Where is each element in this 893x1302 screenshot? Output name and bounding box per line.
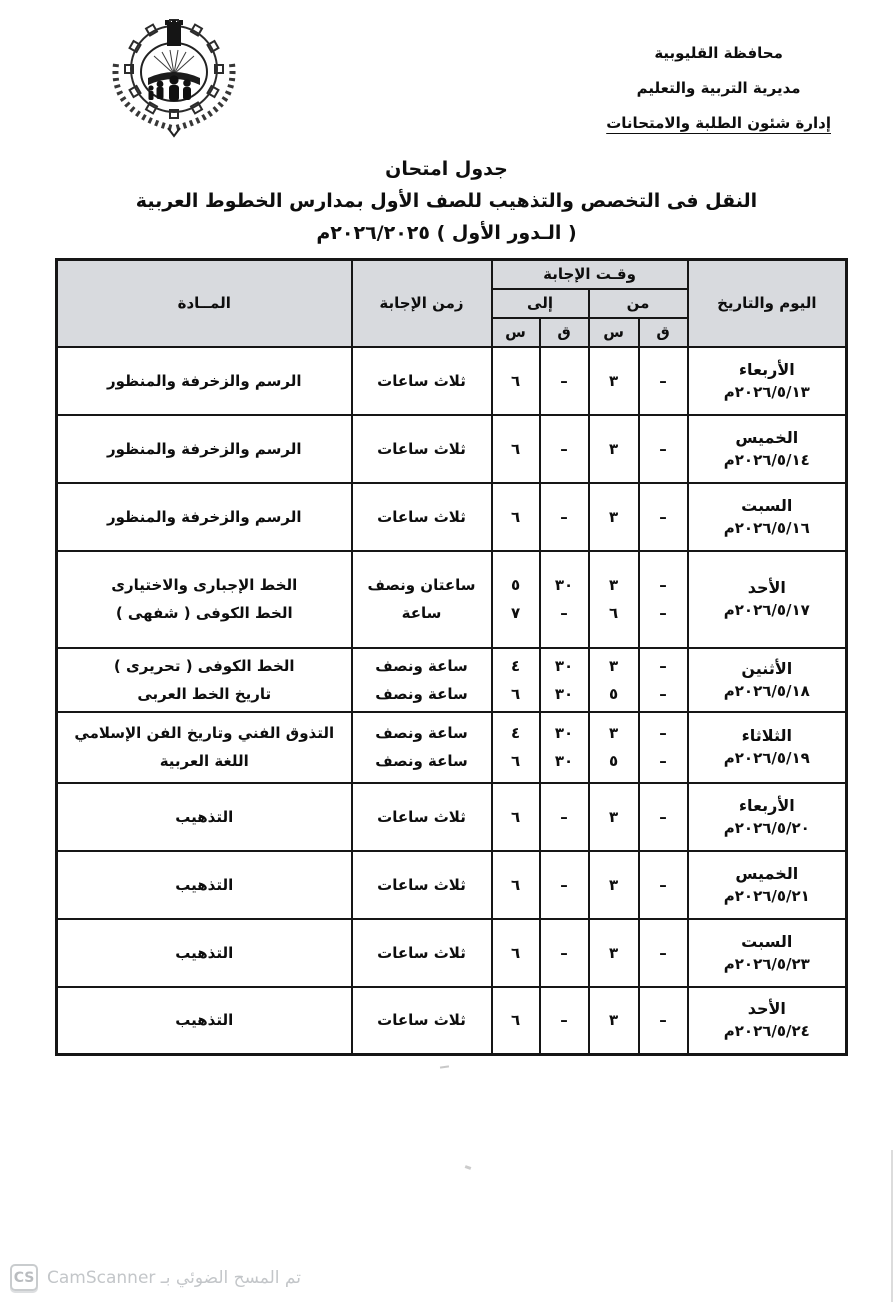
subject-values: التذهيب xyxy=(64,1006,345,1034)
time-value: ٧ xyxy=(493,599,539,627)
day-name: الأحد xyxy=(689,577,846,599)
time-from-s-cell: ٣ xyxy=(589,415,639,483)
table-row: الخميس٢٠٢٦/٥/١٤م–٣–٦ثلاث ساعاتالرسم والز… xyxy=(57,415,847,483)
subject-values: الرسم والزخرفة والمنظور xyxy=(64,367,345,395)
table-row: السبت٢٠٢٦/٥/٢٣م–٣–٦ثلاث ساعاتالتذهيب xyxy=(57,919,847,987)
time-to-q-cell: – xyxy=(540,415,589,483)
time-values: ٣٥ xyxy=(590,652,638,708)
exam-schedule-table: اليوم والتاريخ وقـت الإجابة زمن الإجابة … xyxy=(55,258,848,1056)
subject-values: التذهيب xyxy=(64,803,345,831)
subject-value: التذهيب xyxy=(64,1006,345,1034)
time-value: ٣٠ xyxy=(541,747,588,775)
time-values: ٣٠٣٠ xyxy=(541,652,588,708)
time-values: – xyxy=(640,503,687,531)
duration-cell: ثلاث ساعات xyxy=(352,987,492,1055)
time-value: ٦ xyxy=(493,503,539,531)
administration-name: إدارة شئون الطلبة والامتحانات xyxy=(606,106,831,141)
scanned-document-page: محافظة القليوبية مديرية التربية والتعليم… xyxy=(0,0,893,1302)
time-value: ٣ xyxy=(590,503,638,531)
duration-cell: ساعتان ونصفساعة xyxy=(352,551,492,648)
time-values: ٤٦ xyxy=(493,652,539,708)
time-from-s-cell: ٣ xyxy=(589,783,639,851)
day-date-cell: الخميس٢٠٢٦/٥/٢١م xyxy=(688,851,847,919)
header-to-hours: س xyxy=(492,318,540,347)
subject-values: الخط الإجبارى والاختيارىالخط الكوفى ( شف… xyxy=(64,571,345,627)
time-values: ٦ xyxy=(493,435,539,463)
time-to-s-cell: ٦ xyxy=(492,483,540,551)
duration-value: ثلاث ساعات xyxy=(353,367,491,395)
time-value: – xyxy=(640,747,687,775)
header-from: من xyxy=(589,289,688,318)
directorate-name: مديرية التربية والتعليم xyxy=(606,71,831,106)
duration-values: ساعة ونصفساعة ونصف xyxy=(353,719,491,775)
time-value: ٦ xyxy=(493,871,539,899)
time-value: – xyxy=(541,503,588,531)
time-value: – xyxy=(640,680,687,708)
subject-cell: الرسم والزخرفة والمنظور xyxy=(57,415,352,483)
duration-cell: ثلاث ساعات xyxy=(352,783,492,851)
table-row: الأربعاء٢٠٢٦/٥/١٣م–٣–٦ثلاث ساعاتالرسم وا… xyxy=(57,347,847,415)
subject-value: تاريخ الخط العربى xyxy=(64,680,345,708)
time-value: – xyxy=(640,571,687,599)
time-value: ٣٠ xyxy=(541,652,588,680)
time-to-s-cell: ٦ xyxy=(492,347,540,415)
subject-value: الخط الإجبارى والاختيارى xyxy=(64,571,345,599)
time-values: ٣٥ xyxy=(590,719,638,775)
table-row: الأثنين٢٠٢٦/٥/١٨م––٣٥٣٠٣٠٤٦ساعة ونصفساعة… xyxy=(57,648,847,712)
day-name: الأثنين xyxy=(689,658,846,680)
title-line-3: ( الـدور الأول ) ٢٠٢٦/٢٠٢٥م xyxy=(0,217,893,249)
time-to-q-cell: – xyxy=(540,851,589,919)
subject-values: الرسم والزخرفة والمنظور xyxy=(64,435,345,463)
date-value: ٢٠٢٦/٥/١٨م xyxy=(689,680,846,702)
watermark-text: تم المسح الضوئي بـ CamScanner xyxy=(47,1268,301,1288)
date-value: ٢٠٢٦/٥/٢١م xyxy=(689,885,846,907)
time-value: ٣ xyxy=(590,652,638,680)
duration-value: ساعة ونصف xyxy=(353,747,491,775)
time-to-q-cell: ٣٠– xyxy=(540,551,589,648)
day-name: الثلاثاء xyxy=(689,725,846,747)
duration-value: ساعة ونصف xyxy=(353,719,491,747)
time-value: ٦ xyxy=(493,803,539,831)
time-value: – xyxy=(541,435,588,463)
subject-cell: الخط الكوفى ( تحريرى )تاريخ الخط العربى xyxy=(57,648,352,712)
day-name: الأحد xyxy=(689,998,846,1020)
time-from-s-cell: ٣ xyxy=(589,987,639,1055)
day-date-cell: الأثنين٢٠٢٦/٥/١٨م xyxy=(688,648,847,712)
table-row: الأحد٢٠٢٦/٥/٢٤م–٣–٦ثلاث ساعاتالتذهيب xyxy=(57,987,847,1055)
duration-value: ثلاث ساعات xyxy=(353,503,491,531)
time-value: ٦ xyxy=(493,367,539,395)
subject-value: الخط الكوفى ( تحريرى ) xyxy=(64,652,345,680)
subject-value: الرسم والزخرفة والمنظور xyxy=(64,503,345,531)
date-value: ٢٠٢٦/٥/١٤م xyxy=(689,449,846,471)
time-to-s-cell: ٥٧ xyxy=(492,551,540,648)
time-values: ٣٠– xyxy=(541,571,588,627)
time-from-s-cell: ٣٦ xyxy=(589,551,639,648)
time-values: – xyxy=(541,367,588,395)
time-value: – xyxy=(640,599,687,627)
time-values: –– xyxy=(640,652,687,708)
time-values: ٣ xyxy=(590,871,638,899)
day-date-cell: السبت٢٠٢٦/٥/١٦م xyxy=(688,483,847,551)
day-date-cell: الأحد٢٠٢٦/٥/٢٤م xyxy=(688,987,847,1055)
time-value: ٤ xyxy=(493,719,539,747)
day-name: السبت xyxy=(689,931,846,953)
time-from-q-cell: – xyxy=(639,919,688,987)
date-value: ٢٠٢٦/٥/١٣م xyxy=(689,381,846,403)
time-value: – xyxy=(640,803,687,831)
time-values: ٣ xyxy=(590,503,638,531)
subject-value: التذهيب xyxy=(64,871,345,899)
time-from-s-cell: ٣٥ xyxy=(589,648,639,712)
duration-values: ساعة ونصفساعة ونصف xyxy=(353,652,491,708)
time-value: ٣ xyxy=(590,1006,638,1034)
time-value: – xyxy=(541,871,588,899)
table-row: الثلاثاء٢٠٢٦/٥/١٩م––٣٥٣٠٣٠٤٦ساعة ونصفساع… xyxy=(57,712,847,783)
duration-values: ثلاث ساعات xyxy=(353,803,491,831)
time-value: – xyxy=(541,939,588,967)
time-from-q-cell: –– xyxy=(639,648,688,712)
education-directorate-emblem-icon xyxy=(88,12,260,144)
time-values: – xyxy=(640,939,687,967)
duration-cell: ثلاث ساعات xyxy=(352,415,492,483)
tower-icon xyxy=(165,20,183,46)
subject-cell: التذهيب xyxy=(57,987,352,1055)
time-from-q-cell: – xyxy=(639,347,688,415)
duration-values: ثلاث ساعات xyxy=(353,1006,491,1034)
time-value: ٣ xyxy=(590,871,638,899)
time-values: –– xyxy=(640,571,687,627)
subject-values: الرسم والزخرفة والمنظور xyxy=(64,503,345,531)
time-value: – xyxy=(640,719,687,747)
time-value: ٥ xyxy=(493,571,539,599)
time-value: ٦ xyxy=(493,939,539,967)
time-value: ٤ xyxy=(493,652,539,680)
date-value: ٢٠٢٦/٥/٢٠م xyxy=(689,817,846,839)
duration-cell: ثلاث ساعات xyxy=(352,347,492,415)
day-date-cell: الأحد٢٠٢٦/٥/١٧م xyxy=(688,551,847,648)
time-to-s-cell: ٦ xyxy=(492,415,540,483)
time-value: – xyxy=(640,652,687,680)
time-values: – xyxy=(541,503,588,531)
time-value: ٥ xyxy=(590,747,638,775)
time-value: ٥ xyxy=(590,680,638,708)
time-value: ٦ xyxy=(493,1006,539,1034)
title-line-1: جدول امتحان xyxy=(0,153,893,185)
time-to-s-cell: ٤٦ xyxy=(492,648,540,712)
time-from-q-cell: – xyxy=(639,483,688,551)
duration-value: ثلاث ساعات xyxy=(353,871,491,899)
subject-value: اللغة العربية xyxy=(64,747,345,775)
subject-cell: التذهيب xyxy=(57,851,352,919)
header-from-minutes: ق xyxy=(639,318,688,347)
time-to-s-cell: ٦ xyxy=(492,987,540,1055)
time-from-q-cell: –– xyxy=(639,551,688,648)
subject-cell: التذهيب xyxy=(57,783,352,851)
table-row: الخميس٢٠٢٦/٥/٢١م–٣–٦ثلاث ساعاتالتذهيب xyxy=(57,851,847,919)
time-values: – xyxy=(541,1006,588,1034)
time-from-q-cell: – xyxy=(639,783,688,851)
camscanner-watermark: CS تم المسح الضوئي بـ CamScanner xyxy=(10,1264,301,1291)
date-value: ٢٠٢٦/٥/٢٤م xyxy=(689,1020,846,1042)
subject-values: التذهيب xyxy=(64,871,345,899)
time-values: – xyxy=(541,939,588,967)
time-to-s-cell: ٤٦ xyxy=(492,712,540,783)
time-value: ٣ xyxy=(590,803,638,831)
time-value: ٣٠ xyxy=(541,719,588,747)
time-value: – xyxy=(541,803,588,831)
subject-value: التذهيب xyxy=(64,939,345,967)
subject-value: التذهيب xyxy=(64,803,345,831)
time-value: – xyxy=(541,599,588,627)
date-value: ٢٠٢٦/٥/٢٣م xyxy=(689,953,846,975)
time-to-q-cell: ٣٠٣٠ xyxy=(540,648,589,712)
time-to-q-cell: – xyxy=(540,347,589,415)
time-from-q-cell: – xyxy=(639,415,688,483)
duration-values: ساعتان ونصفساعة xyxy=(353,571,491,627)
date-value: ٢٠٢٦/٥/١٩م xyxy=(689,747,846,769)
time-values: ٤٦ xyxy=(493,719,539,775)
time-value: – xyxy=(640,871,687,899)
duration-values: ثلاث ساعات xyxy=(353,871,491,899)
duration-cell: ساعة ونصفساعة ونصف xyxy=(352,648,492,712)
time-value: ٣٠ xyxy=(541,680,588,708)
time-to-q-cell: ٣٠٣٠ xyxy=(540,712,589,783)
time-from-s-cell: ٣ xyxy=(589,347,639,415)
time-values: ٣٠٣٠ xyxy=(541,719,588,775)
time-values: ٥٧ xyxy=(493,571,539,627)
time-to-q-cell: – xyxy=(540,483,589,551)
time-values: ٦ xyxy=(493,871,539,899)
day-date-cell: الثلاثاء٢٠٢٦/٥/١٩م xyxy=(688,712,847,783)
time-value: – xyxy=(640,367,687,395)
time-values: ٦ xyxy=(493,1006,539,1034)
camscanner-logo-icon: CS xyxy=(10,1264,38,1291)
time-value: ٣ xyxy=(590,571,638,599)
time-to-s-cell: ٦ xyxy=(492,919,540,987)
time-values: ٣ xyxy=(590,803,638,831)
duration-cell: ثلاث ساعات xyxy=(352,483,492,551)
subject-value: الرسم والزخرفة والمنظور xyxy=(64,367,345,395)
time-values: – xyxy=(640,367,687,395)
duration-value: ثلاث ساعات xyxy=(353,1006,491,1034)
time-to-q-cell: – xyxy=(540,987,589,1055)
time-from-s-cell: ٣ xyxy=(589,483,639,551)
day-date-cell: الأربعاء٢٠٢٦/٥/٢٠م xyxy=(688,783,847,851)
letterhead: محافظة القليوبية مديرية التربية والتعليم… xyxy=(606,36,831,141)
time-from-s-cell: ٣ xyxy=(589,851,639,919)
duration-cell: ثلاث ساعات xyxy=(352,851,492,919)
subject-cell: الرسم والزخرفة والمنظور xyxy=(57,483,352,551)
duration-values: ثلاث ساعات xyxy=(353,939,491,967)
duration-value: ثلاث ساعات xyxy=(353,435,491,463)
header-answer-time: وقـت الإجابة xyxy=(492,260,688,289)
subject-cell: التذوق الفني وتاريخ الفن الإسلامياللغة ا… xyxy=(57,712,352,783)
header-to-minutes: ق xyxy=(540,318,589,347)
scan-speck xyxy=(465,1165,472,1170)
time-value: ٦ xyxy=(590,599,638,627)
time-values: – xyxy=(640,803,687,831)
time-value: – xyxy=(640,1006,687,1034)
day-name: السبت xyxy=(689,495,846,517)
day-name: الخميس xyxy=(689,863,846,885)
time-value: – xyxy=(640,435,687,463)
document-title: جدول امتحان النقل فى التخصص والتذهيب للص… xyxy=(0,153,893,249)
time-value: ٣ xyxy=(590,435,638,463)
time-to-s-cell: ٦ xyxy=(492,783,540,851)
time-value: ٣ xyxy=(590,719,638,747)
time-values: ٦ xyxy=(493,503,539,531)
day-date-cell: الأربعاء٢٠٢٦/٥/١٣م xyxy=(688,347,847,415)
time-values: ٣ xyxy=(590,367,638,395)
header-duration: زمن الإجابة xyxy=(352,260,492,347)
subject-values: الخط الكوفى ( تحريرى )تاريخ الخط العربى xyxy=(64,652,345,708)
duration-value: ساعتان ونصف xyxy=(353,571,491,599)
day-date-cell: السبت٢٠٢٦/٥/٢٣م xyxy=(688,919,847,987)
subject-cell: الخط الإجبارى والاختيارىالخط الكوفى ( شف… xyxy=(57,551,352,648)
scan-speck xyxy=(440,1065,449,1068)
date-value: ٢٠٢٦/٥/١٧م xyxy=(689,599,846,621)
time-values: – xyxy=(640,435,687,463)
time-values: – xyxy=(541,871,588,899)
table-body: الأربعاء٢٠٢٦/٥/١٣م–٣–٦ثلاث ساعاتالرسم وا… xyxy=(57,347,847,1055)
time-values: ٣٦ xyxy=(590,571,638,627)
subject-values: التذوق الفني وتاريخ الفن الإسلامياللغة ا… xyxy=(64,719,345,775)
table-row: السبت٢٠٢٦/٥/١٦م–٣–٦ثلاث ساعاتالرسم والزخ… xyxy=(57,483,847,551)
time-to-q-cell: – xyxy=(540,783,589,851)
time-values: – xyxy=(640,871,687,899)
time-values: ٦ xyxy=(493,803,539,831)
time-value: – xyxy=(541,367,588,395)
day-date-cell: الخميس٢٠٢٦/٥/١٤م xyxy=(688,415,847,483)
header-to: إلى xyxy=(492,289,589,318)
time-value: ٣ xyxy=(590,367,638,395)
time-value: – xyxy=(640,503,687,531)
duration-value: ثلاث ساعات xyxy=(353,803,491,831)
day-name: الأربعاء xyxy=(689,359,846,381)
duration-value: ساعة xyxy=(353,599,491,627)
duration-values: ثلاث ساعات xyxy=(353,367,491,395)
duration-cell: ثلاث ساعات xyxy=(352,919,492,987)
time-value: – xyxy=(541,1006,588,1034)
subject-value: التذوق الفني وتاريخ الفن الإسلامي xyxy=(64,719,345,747)
table-header: اليوم والتاريخ وقـت الإجابة زمن الإجابة … xyxy=(57,260,847,347)
duration-value: ساعة ونصف xyxy=(353,680,491,708)
title-line-2: النقل فى التخصص والتذهيب للصف الأول بمدا… xyxy=(0,185,893,217)
time-values: – xyxy=(640,1006,687,1034)
subject-cell: التذهيب xyxy=(57,919,352,987)
time-value: ٦ xyxy=(493,747,539,775)
time-value: ٣٠ xyxy=(541,571,588,599)
time-values: – xyxy=(541,803,588,831)
time-from-s-cell: ٣ xyxy=(589,919,639,987)
day-name: الأربعاء xyxy=(689,795,846,817)
time-to-s-cell: ٦ xyxy=(492,851,540,919)
governorate-name: محافظة القليوبية xyxy=(606,36,831,71)
duration-cell: ساعة ونصفساعة ونصف xyxy=(352,712,492,783)
header-subject: المــادة xyxy=(57,260,352,347)
subject-cell: الرسم والزخرفة والمنظور xyxy=(57,347,352,415)
time-value: ٦ xyxy=(493,680,539,708)
time-from-q-cell: – xyxy=(639,851,688,919)
time-values: ٦ xyxy=(493,367,539,395)
time-from-q-cell: –– xyxy=(639,712,688,783)
day-name: الخميس xyxy=(689,427,846,449)
time-values: ٦ xyxy=(493,939,539,967)
time-from-q-cell: – xyxy=(639,987,688,1055)
duration-values: ثلاث ساعات xyxy=(353,435,491,463)
duration-value: ثلاث ساعات xyxy=(353,939,491,967)
time-values: ٣ xyxy=(590,939,638,967)
date-value: ٢٠٢٦/٥/١٦م xyxy=(689,517,846,539)
time-to-q-cell: – xyxy=(540,919,589,987)
duration-values: ثلاث ساعات xyxy=(353,503,491,531)
header-day-date: اليوم والتاريخ xyxy=(688,260,847,347)
table-row: الأحد٢٠٢٦/٥/١٧م––٣٦٣٠–٥٧ساعتان ونصفساعةا… xyxy=(57,551,847,648)
time-value: ٣ xyxy=(590,939,638,967)
duration-value: ساعة ونصف xyxy=(353,652,491,680)
time-value: ٦ xyxy=(493,435,539,463)
table-row: الأربعاء٢٠٢٦/٥/٢٠م–٣–٦ثلاث ساعاتالتذهيب xyxy=(57,783,847,851)
time-value: – xyxy=(640,939,687,967)
time-from-s-cell: ٣٥ xyxy=(589,712,639,783)
time-values: –– xyxy=(640,719,687,775)
time-values: ٣ xyxy=(590,435,638,463)
subject-value: الخط الكوفى ( شفهى ) xyxy=(64,599,345,627)
subject-values: التذهيب xyxy=(64,939,345,967)
time-values: ٣ xyxy=(590,1006,638,1034)
subject-value: الرسم والزخرفة والمنظور xyxy=(64,435,345,463)
header-from-hours: س xyxy=(589,318,639,347)
time-values: – xyxy=(541,435,588,463)
